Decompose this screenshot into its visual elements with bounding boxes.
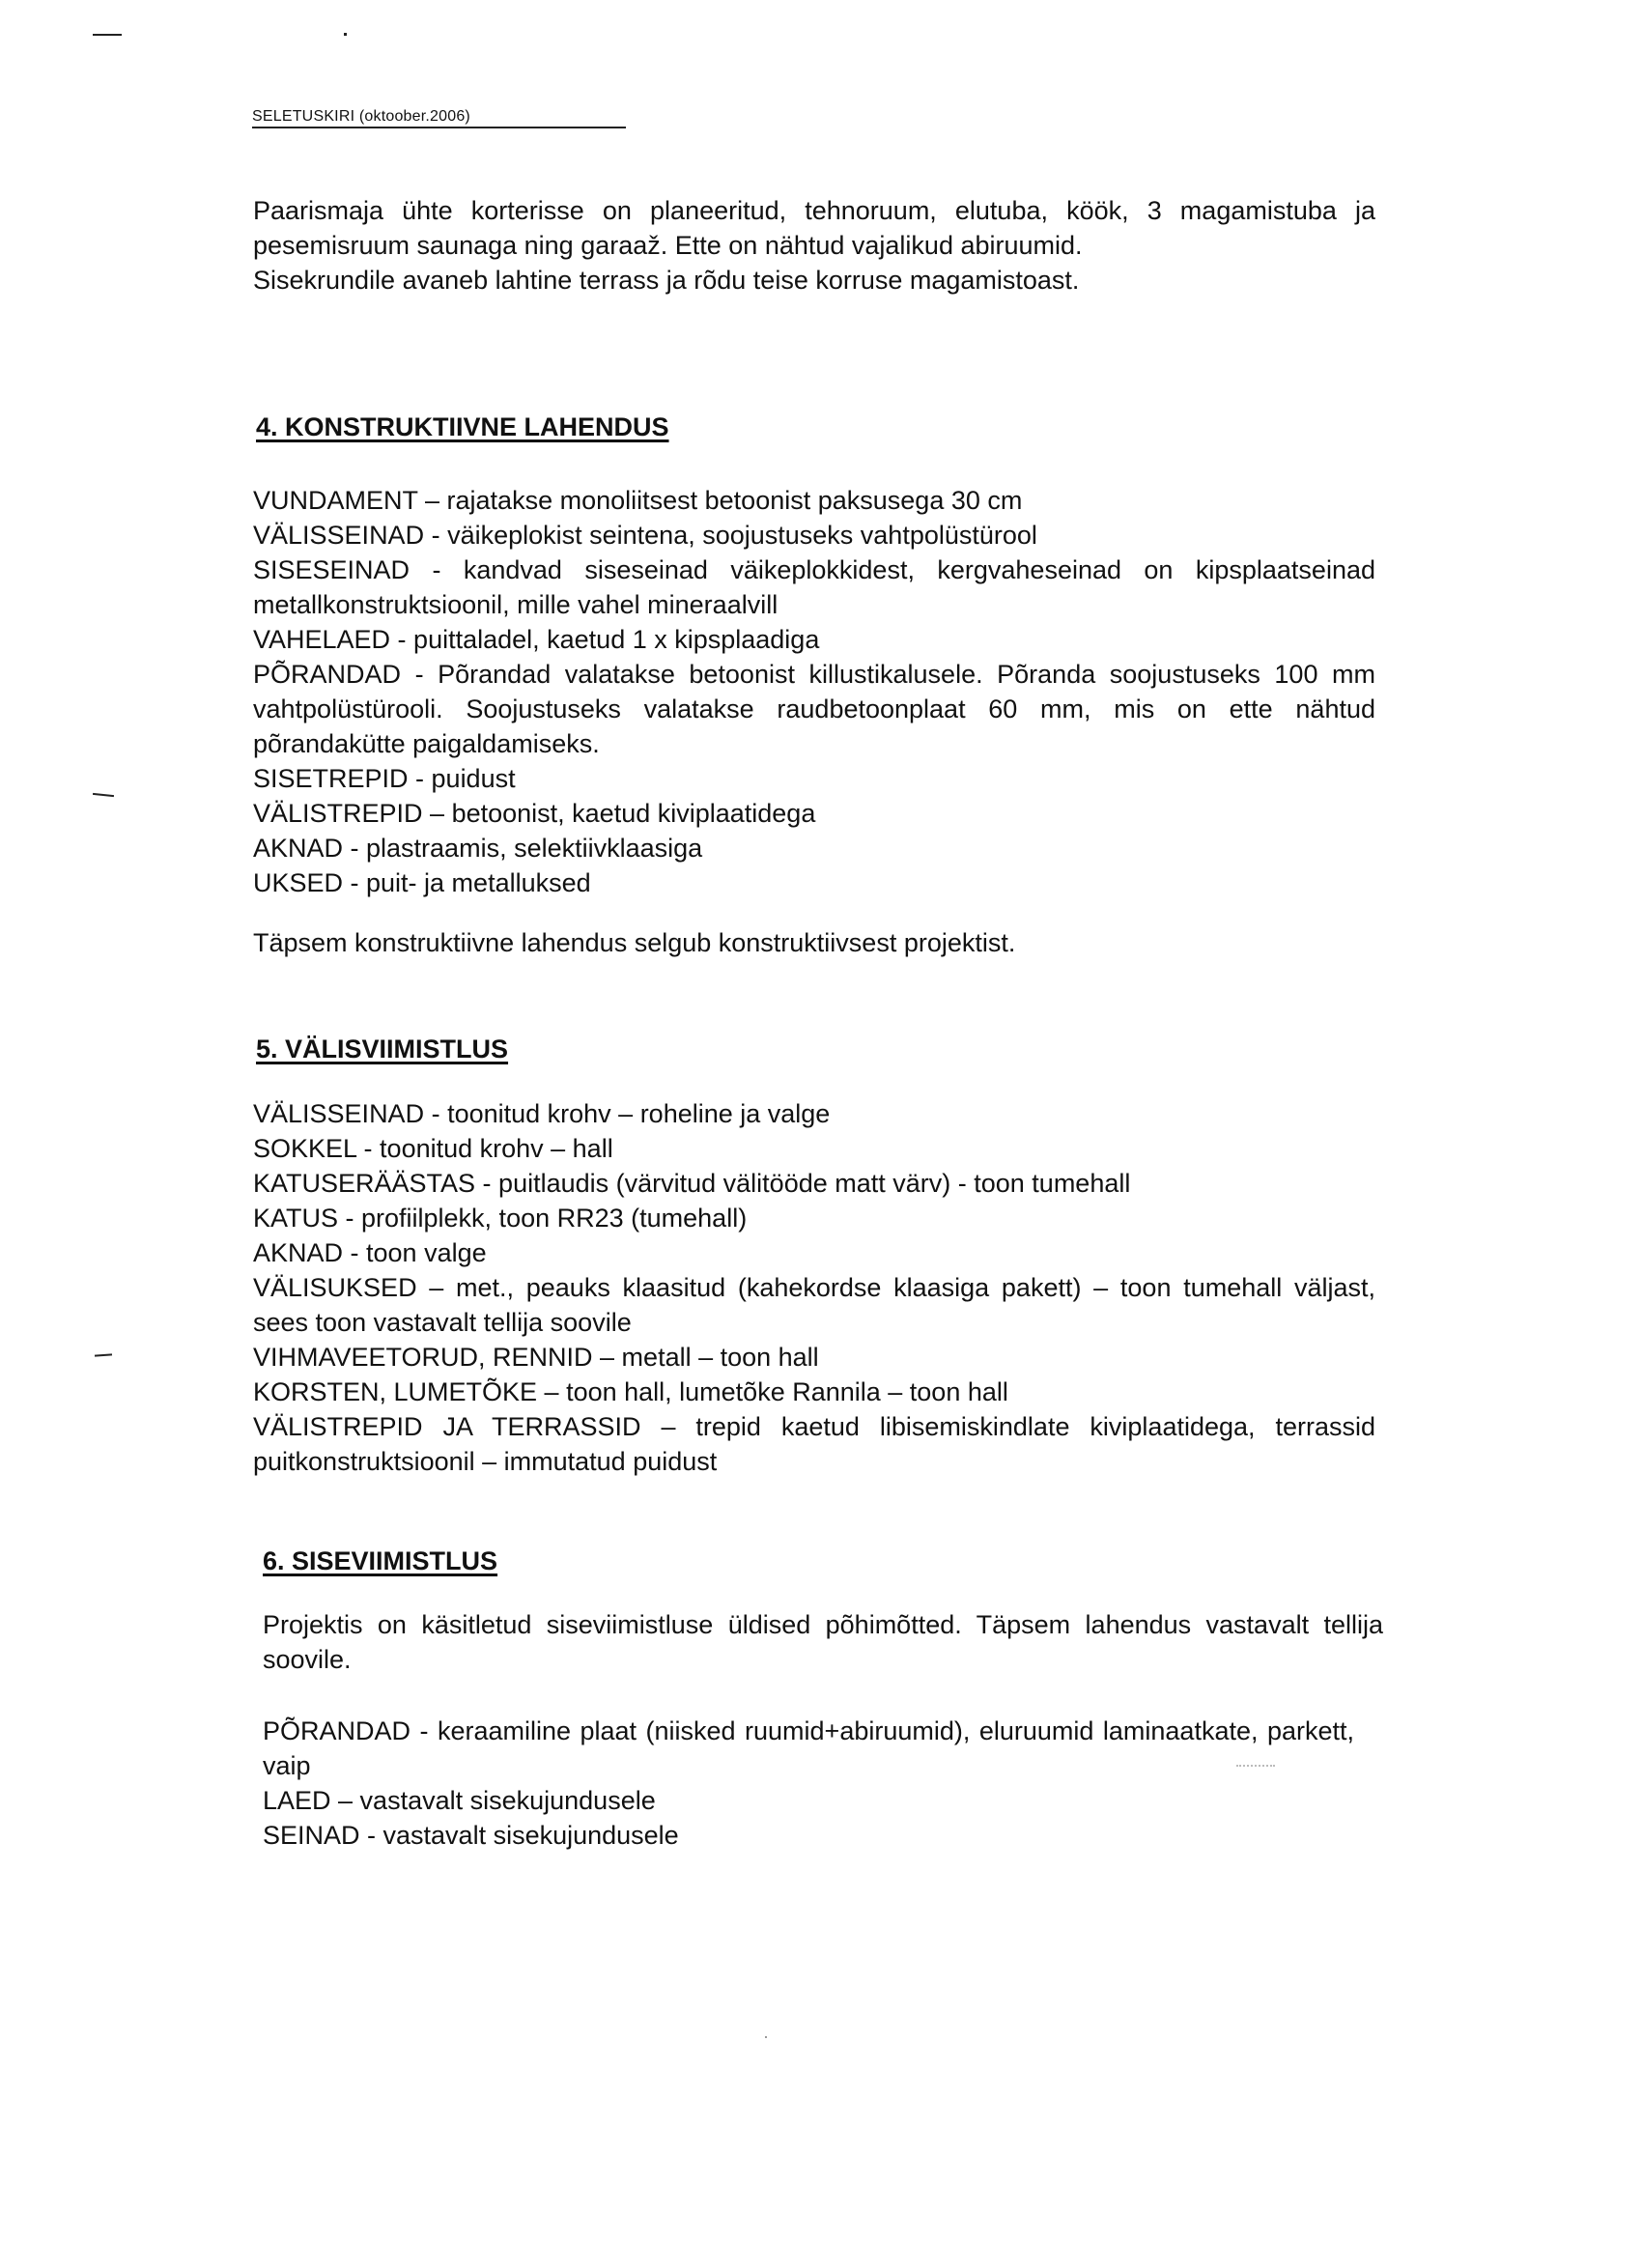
list-item: SEINAD - vastavalt sisekujundusele — [263, 1818, 1354, 1853]
list-item: PÕRANDAD - keraamiline plaat (niisked ru… — [263, 1714, 1354, 1783]
scan-artifact-dot — [765, 2036, 767, 2038]
scanned-page: SELETUSKIRI (oktoober.2006) Paarismaja ü… — [0, 0, 1642, 2268]
list-item: VÄLISSEINAD - toonitud krohv – roheline … — [253, 1096, 1375, 1131]
list-item: VÄLISUKSED – met., peauks klaasitud (kah… — [253, 1270, 1375, 1340]
list-item: UKSED - puit- ja metalluksed — [253, 865, 1375, 900]
scan-artifact-dot — [344, 33, 347, 36]
list-item: LAED – vastavalt sisekujundusele — [263, 1783, 1354, 1818]
list-item: SISETREPID - puidust — [253, 761, 1375, 796]
intro-paragraph: Paarismaja ühte korterisse on planeeritu… — [253, 193, 1375, 263]
list-item: VUNDAMENT – rajatakse monoliitsest betoo… — [253, 483, 1375, 518]
intro-paragraph: Sisekrundile avaneb lahtine terrass ja r… — [253, 263, 1375, 298]
scan-artifact-mark — [93, 793, 114, 797]
list-item: SOKKEL - toonitud krohv – hall — [253, 1131, 1375, 1166]
list-item: VÄLISTREPID – betoonist, kaetud kiviplaa… — [253, 796, 1375, 831]
list-item: AKNAD - plastraamis, selektiivklaasiga — [253, 831, 1375, 865]
section-heading-6: 6. SISEVIIMISTLUS — [263, 1545, 497, 1576]
section-heading-5: 5. VÄLISVIIMISTLUS — [256, 1034, 508, 1064]
section-5-items: VÄLISSEINAD - toonitud krohv – roheline … — [253, 1096, 1375, 1479]
list-item: SISESEINAD - kandvad siseseinad väikeplo… — [253, 553, 1375, 622]
section-6-items: PÕRANDAD - keraamiline plaat (niisked ru… — [263, 1714, 1354, 1853]
scan-artifact-mark — [93, 34, 122, 36]
section-heading-4: 4. KONSTRUKTIIVNE LAHENDUS — [256, 411, 669, 442]
scan-artifact-mark — [95, 1353, 112, 1356]
list-item: KATUSERÄÄSTAS - puitlaudis (värvitud väl… — [253, 1166, 1375, 1201]
list-item: KATUS - profiilplekk, toon RR23 (tumehal… — [253, 1201, 1375, 1235]
section-6-intro: Projektis on käsitletud siseviimistluse … — [263, 1607, 1383, 1677]
list-item: VÄLISSEINAD - väikeplokist seintena, soo… — [253, 518, 1375, 553]
closing-paragraph: Täpsem konstruktiivne lahendus selgub ko… — [253, 925, 1375, 960]
list-item: VÄLISTREPID JA TERRASSID – trepid kaetud… — [253, 1409, 1375, 1479]
list-item: AKNAD - toon valge — [253, 1235, 1375, 1270]
running-header: SELETUSKIRI (oktoober.2006) — [252, 108, 626, 128]
list-item: VAHELAED - puittaladel, kaetud 1 x kipsp… — [253, 622, 1375, 657]
intro-block: Paarismaja ühte korterisse on planeeritu… — [253, 193, 1375, 298]
list-item: VIHMAVEETORUD, RENNID – metall – toon ha… — [253, 1340, 1375, 1375]
section-4-closing: Täpsem konstruktiivne lahendus selgub ko… — [253, 925, 1375, 960]
list-item: KORSTEN, LUMETÕKE – toon hall, lumetõke … — [253, 1375, 1375, 1409]
section-intro-paragraph: Projektis on käsitletud siseviimistluse … — [263, 1607, 1383, 1677]
section-4-items: VUNDAMENT – rajatakse monoliitsest betoo… — [253, 483, 1375, 900]
list-item: PÕRANDAD - Põrandad valatakse betoonist … — [253, 657, 1375, 761]
